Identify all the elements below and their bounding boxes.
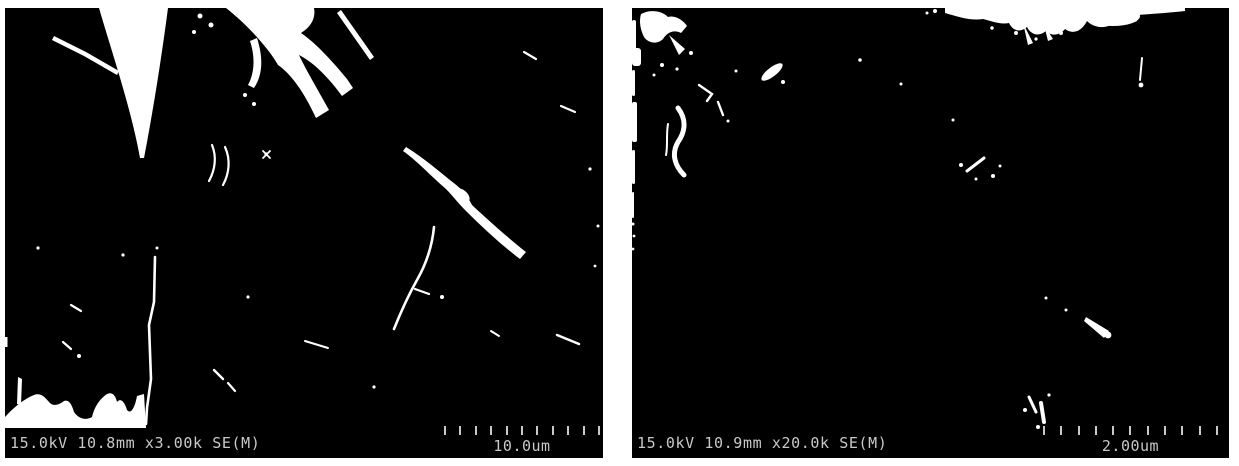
scale-tick [490,426,492,435]
scale-tick [1147,426,1149,435]
scale-tick [536,426,538,435]
scale-tick [1060,426,1062,435]
scale-tick [1043,426,1045,435]
figure-page: 15.0kV 10.8mm x3.00k SE(M) 10.0um [0,0,1239,466]
sem-image-right: 15.0kV 10.9mm x20.0k SE(M) 2.00um [632,8,1229,458]
scale-tick [1216,426,1218,435]
sem-micrograph-right-artwork [632,8,1229,458]
scale-tick [1112,426,1114,435]
scale-tick [475,426,477,435]
sem-micrograph-left-artwork [5,8,603,458]
sem-metadata-right: 15.0kV 10.9mm x20.0k SE(M) [637,435,887,452]
sem-metadata-left: 15.0kV 10.8mm x3.00k SE(M) [10,435,260,452]
scale-ticks-left [444,426,600,435]
scale-tick [1164,426,1166,435]
scale-label-left: 10.0um [444,438,600,454]
scale-tick [506,426,508,435]
scale-tick [1095,426,1097,435]
scale-bar-right: 2.00um [1043,426,1218,454]
scale-tick [521,426,523,435]
scale-tick [1181,426,1183,435]
scale-bar-left: 10.0um [444,426,600,454]
scale-ticks-right [1043,426,1218,435]
scale-tick [567,426,569,435]
sem-image-left: 15.0kV 10.8mm x3.00k SE(M) 10.0um [5,8,603,458]
scale-tick [598,426,600,435]
scale-tick [459,426,461,435]
scale-tick [1078,426,1080,435]
scale-tick [583,426,585,435]
scale-tick [1129,426,1131,435]
scale-label-right: 2.00um [1043,438,1218,454]
scale-tick [1199,426,1201,435]
scale-tick [552,426,554,435]
scale-tick [444,426,446,435]
